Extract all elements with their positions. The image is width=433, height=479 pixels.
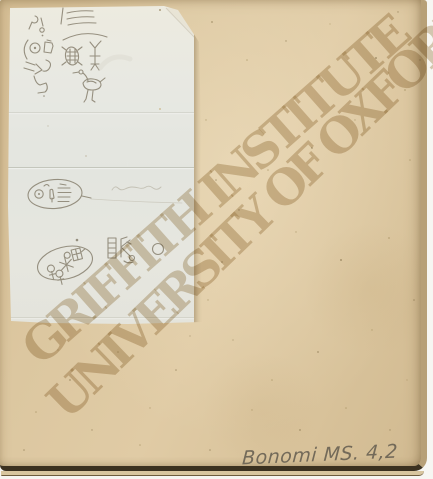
cartouche-oval-2-icon — [34, 239, 97, 289]
page-bottom-edge — [1, 471, 424, 476]
hieroglyph-column-small-icon — [24, 16, 53, 97]
hieroglyph-group-with-circle-icon — [108, 237, 164, 263]
pasted-slip-paper — [8, 6, 194, 324]
hieroglyph-column-with-heron-icon — [61, 8, 107, 102]
pencil-sketches — [8, 6, 194, 324]
slip-blemishes — [47, 108, 161, 157]
scanned-album-page: GRIFFITH INSTITUTE UNIVERSITY OF OXFORD … — [0, 0, 433, 479]
cartouche-oval-1-icon — [27, 178, 91, 211]
